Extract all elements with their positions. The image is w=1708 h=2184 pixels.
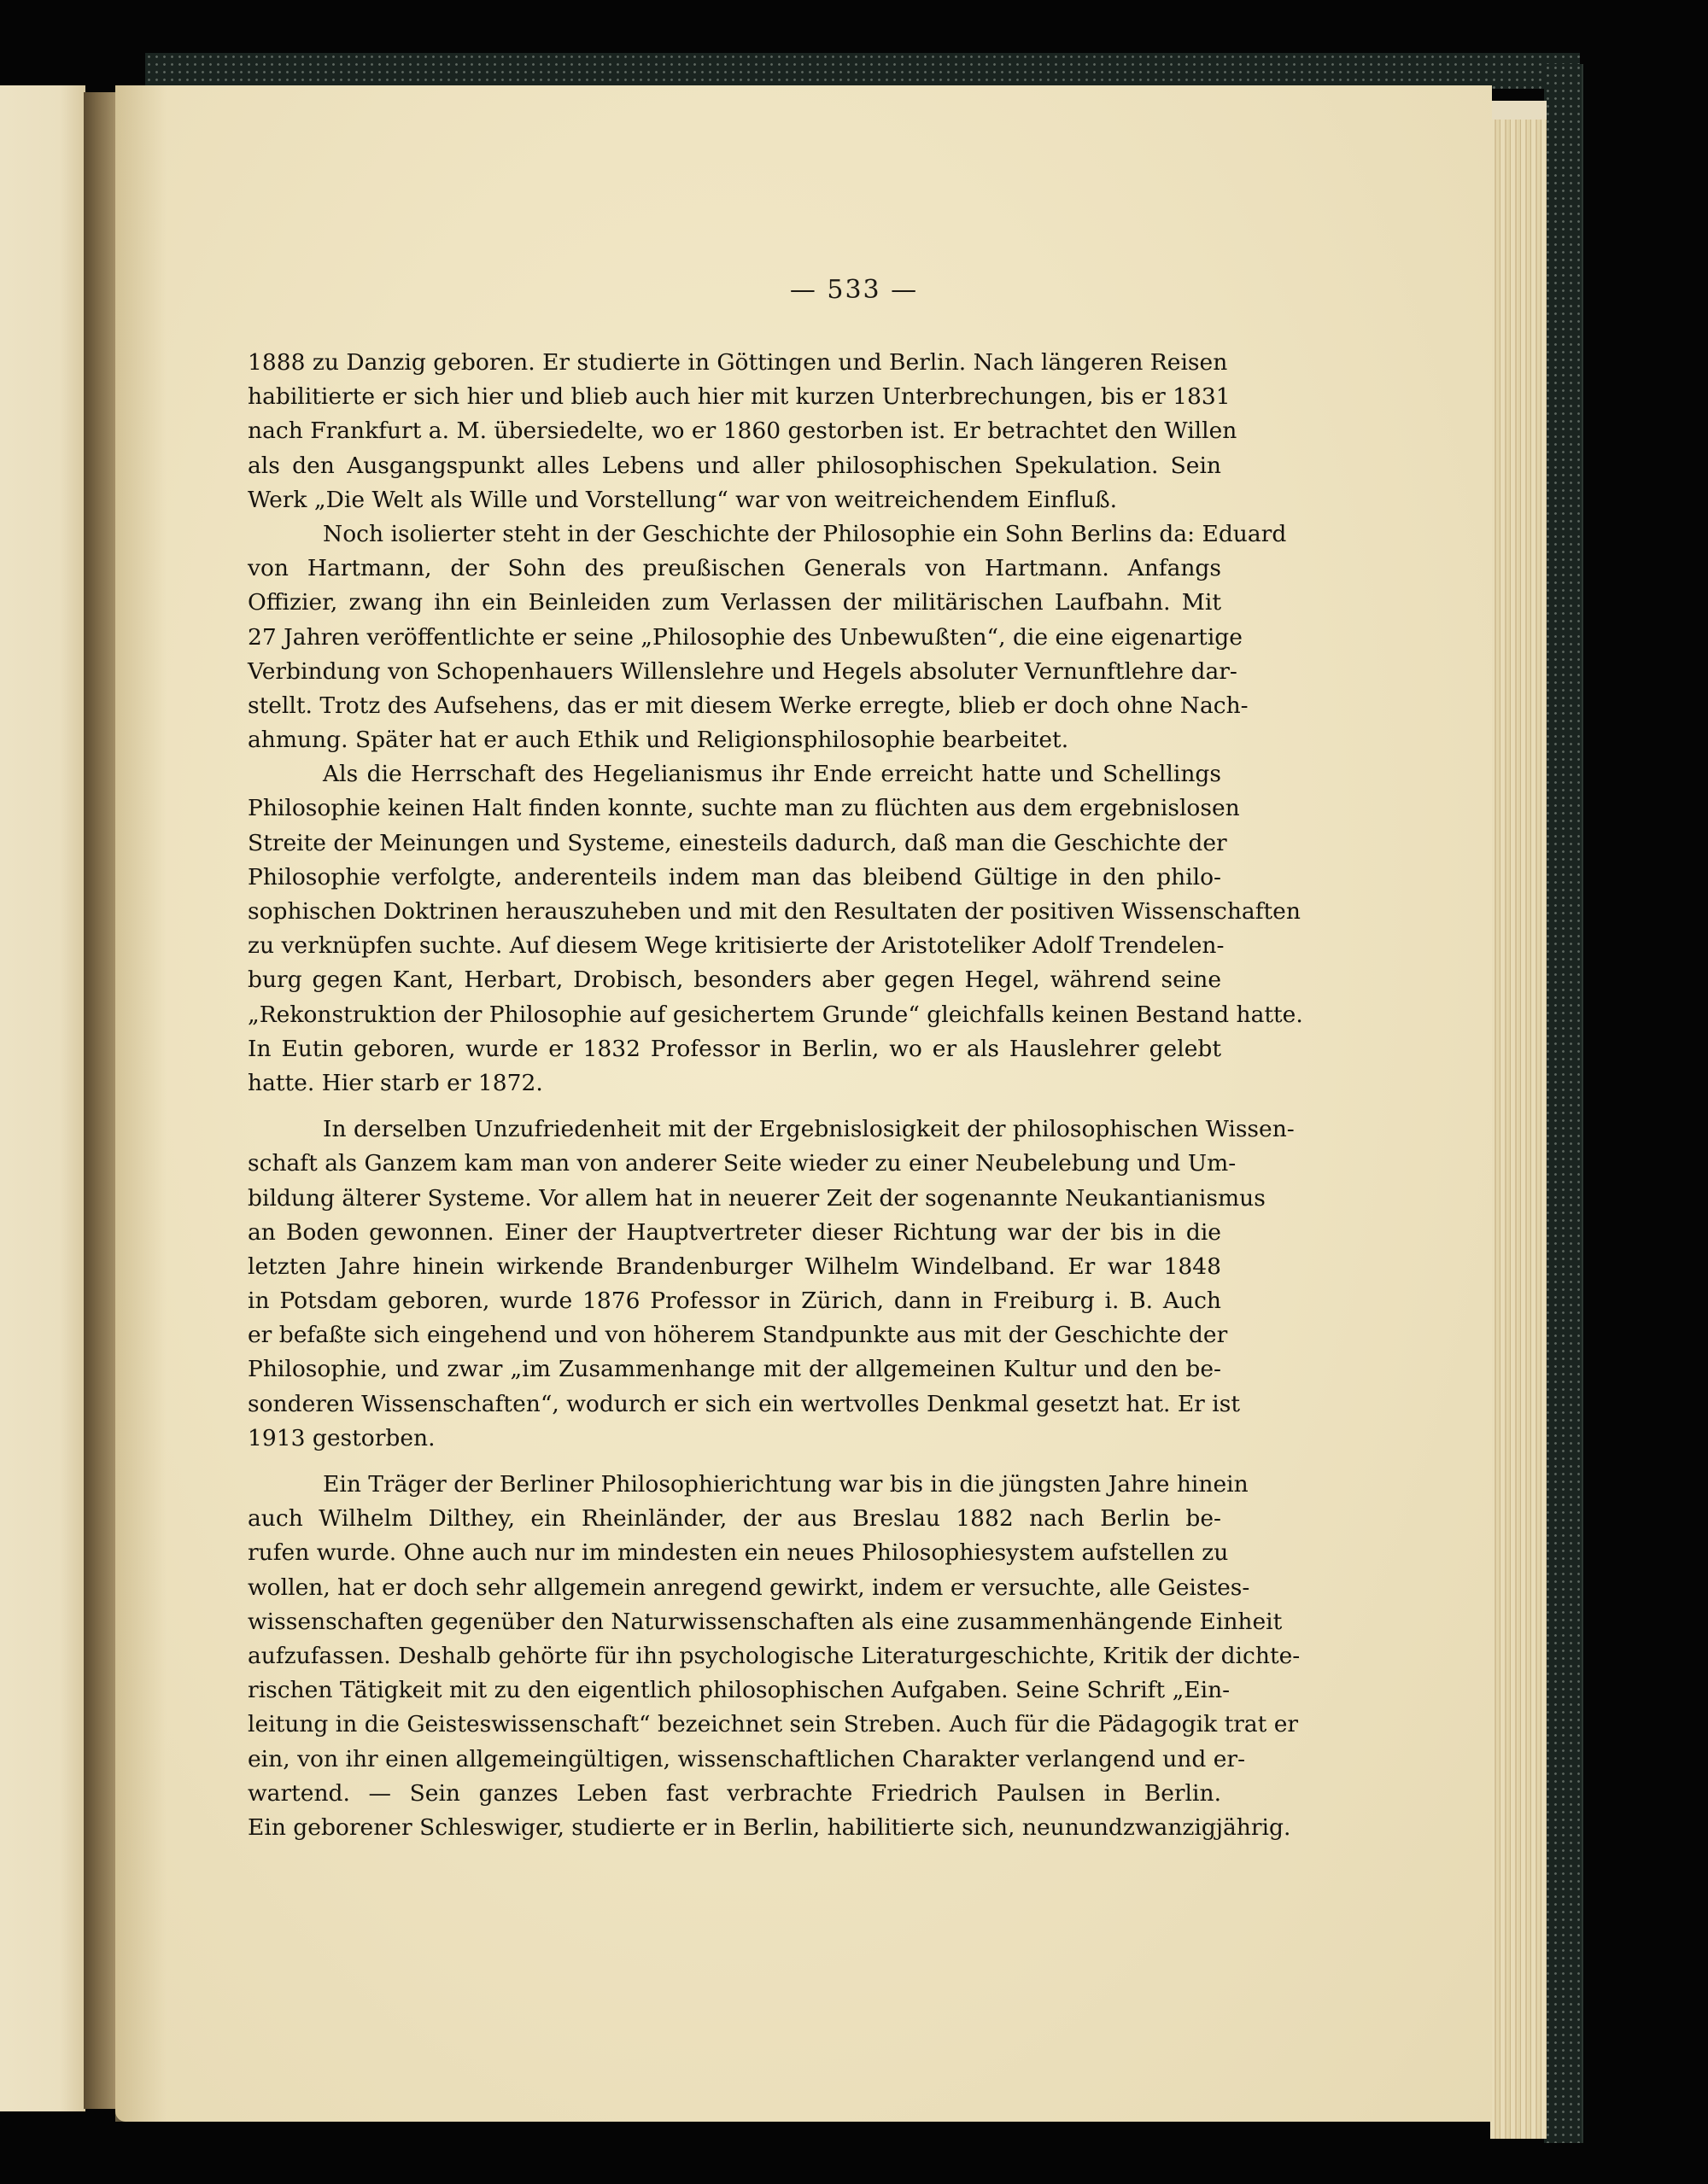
paragraph: 1888 zu Danzig geboren. Er studierte in … xyxy=(248,346,1221,517)
paragraph-gap xyxy=(248,1101,1221,1112)
paragraph: Noch isolierter steht in der Geschichte … xyxy=(248,517,1221,757)
text-line: Ein geborener Schleswiger, studierte er … xyxy=(248,1811,1221,1845)
text-line: In derselben Unzufriedenheit mit der Erg… xyxy=(248,1112,1221,1147)
text-line: hatte. Hier starb er 1872. xyxy=(248,1066,1221,1101)
text-line: „Rekonstruktion der Philosophie auf gesi… xyxy=(248,998,1221,1032)
text-line: ahmung. Später hat er auch Ethik und Rel… xyxy=(248,723,1221,757)
page-stack-edges xyxy=(1490,101,1547,2139)
text-line: rufen wurde. Ohne auch nur im mindesten … xyxy=(248,1536,1221,1570)
text-line: Noch isolierter steht in der Geschichte … xyxy=(248,517,1221,552)
text-line: 1913 gestorben. xyxy=(248,1422,1221,1456)
text-line: an Boden gewonnen. Einer der Hauptvertre… xyxy=(248,1216,1221,1250)
text-line: Philosophie keinen Halt finden konnte, s… xyxy=(248,791,1221,826)
text-line: schaft als Ganzem kam man von anderer Se… xyxy=(248,1147,1221,1181)
text-line: er befaßte sich eingehend und von höhere… xyxy=(248,1318,1221,1352)
text-line: 1888 zu Danzig geboren. Er studierte in … xyxy=(248,346,1221,380)
text-line: sophischen Doktrinen herauszuheben und m… xyxy=(248,895,1221,929)
paragraph-gap xyxy=(248,1456,1221,1468)
text-line: wartend. — Sein ganzes Leben fast verbra… xyxy=(248,1777,1221,1811)
text-line: In Eutin geboren, wurde er 1832 Professo… xyxy=(248,1032,1221,1066)
text-line: Philosophie, und zwar „im Zusammenhange … xyxy=(248,1352,1221,1387)
text-line: rischen Tätigkeit mit zu den eigentlich … xyxy=(248,1673,1221,1708)
text-line: sonderen Wissenschaften“, wodurch er sic… xyxy=(248,1387,1221,1422)
text-line: Offizier, zwang ihn ein Beinleiden zum V… xyxy=(248,586,1221,620)
facing-page-left xyxy=(0,85,85,2111)
book-gutter-shadow xyxy=(84,92,118,2109)
text-line: als den Ausgangspunkt alles Lebens und a… xyxy=(248,449,1221,483)
text-line: Verbindung von Schopenhauers Willenslehr… xyxy=(248,655,1221,689)
text-line: zu verknüpfen suchte. Auf diesem Wege kr… xyxy=(248,929,1221,963)
text-line: Als die Herrschaft des Hegelianismus ihr… xyxy=(248,757,1221,791)
text-line: aufzufassen. Deshalb gehörte für ihn psy… xyxy=(248,1639,1221,1673)
paragraph: In derselben Unzufriedenheit mit der Erg… xyxy=(248,1112,1221,1456)
text-line: letzten Jahre hinein wirkende Brandenbur… xyxy=(248,1250,1221,1284)
text-line: wollen, hat er doch sehr allgemein anreg… xyxy=(248,1571,1221,1605)
text-line: von Hartmann, der Sohn des preußischen G… xyxy=(248,552,1221,586)
page-number: — 533 — xyxy=(0,275,1708,305)
book-cover-top-edge xyxy=(145,53,1580,89)
text-line: leitung in die Geisteswissenschaft“ beze… xyxy=(248,1708,1221,1742)
text-line: Streite der Meinungen und Systeme, eines… xyxy=(248,826,1221,861)
book-cover-right-edge xyxy=(1544,64,1583,2143)
text-line: burg gegen Kant, Herbart, Drobisch, beso… xyxy=(248,963,1221,997)
paragraph: Als die Herrschaft des Hegelianismus ihr… xyxy=(248,757,1221,1101)
text-line: auch Wilhelm Dilthey, ein Rheinländer, d… xyxy=(248,1502,1221,1536)
text-line: wissenschaften gegenüber den Naturwissen… xyxy=(248,1605,1221,1639)
text-line: Philosophie verfolgte, anderenteils inde… xyxy=(248,861,1221,895)
text-line: nach Frankfurt a. M. übersiedelte, wo er… xyxy=(248,414,1221,448)
text-line: 27 Jahren veröffentlichte er seine „Phil… xyxy=(248,621,1221,655)
text-line: Werk „Die Welt als Wille und Vorstellung… xyxy=(248,483,1221,517)
text-line: Ein Träger der Berliner Philosophiericht… xyxy=(248,1468,1221,1502)
paragraph: Ein Träger der Berliner Philosophiericht… xyxy=(248,1468,1221,1845)
body-text: 1888 zu Danzig geboren. Er studierte in … xyxy=(248,346,1221,1845)
text-line: stellt. Trotz des Aufsehens, das er mit … xyxy=(248,689,1221,723)
text-line: in Potsdam geboren, wurde 1876 Professor… xyxy=(248,1284,1221,1318)
text-line: habilitierte er sich hier und blieb auch… xyxy=(248,380,1221,414)
text-line: bildung älterer Systeme. Vor allem hat i… xyxy=(248,1182,1221,1216)
text-line: ein, von ihr einen allgemeingültigen, wi… xyxy=(248,1743,1221,1777)
